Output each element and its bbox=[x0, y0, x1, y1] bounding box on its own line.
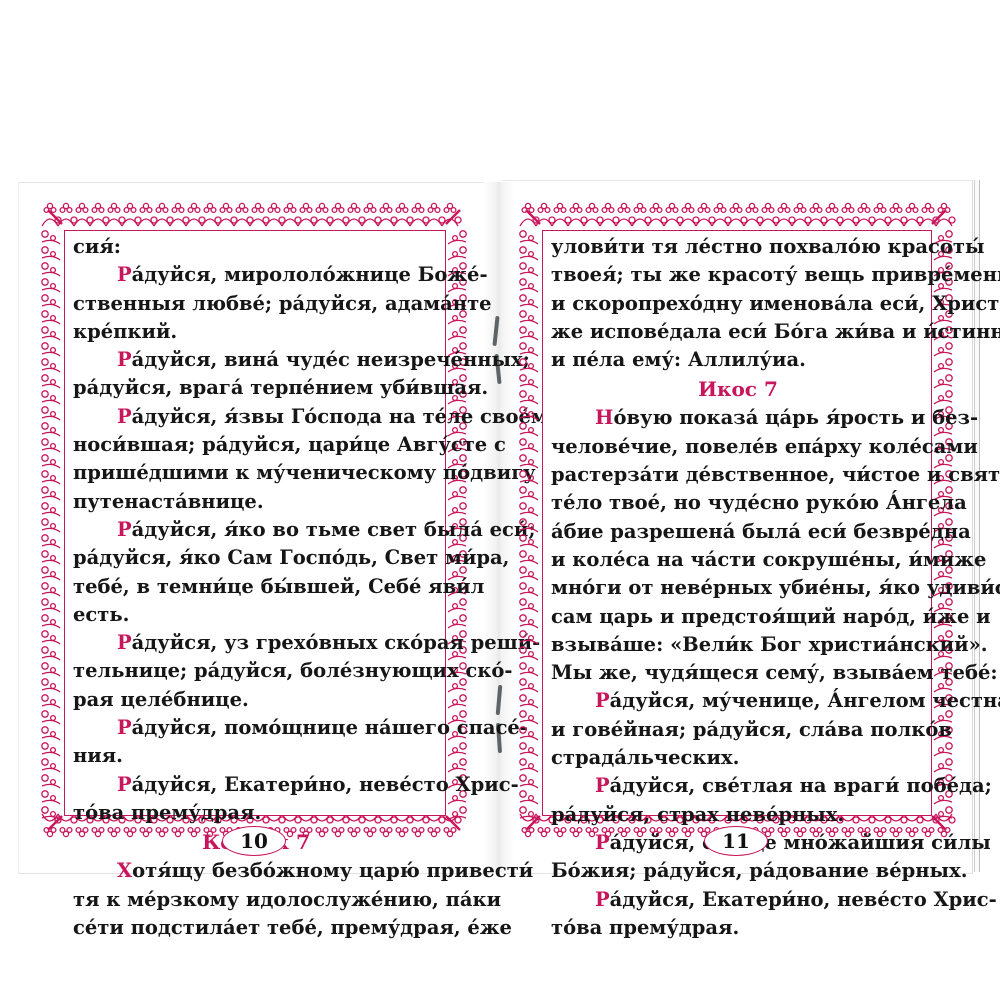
text-line: ра́дуйся, врага́ терпе́нием уби́вшая. bbox=[73, 374, 439, 402]
text-line: прише́дшими к му́ченическому по́двигу bbox=[73, 459, 439, 487]
line-text: мно́ги от неве́рных убие́ны, я́ко удиви́… bbox=[551, 576, 1000, 599]
text-line: ра́дуйся, страх неве́рных. bbox=[551, 801, 925, 829]
line-text: ственныя любве́; ра́дуйся, адама́нте bbox=[73, 292, 492, 315]
line-text: те́ло твое́, но чуде́сно руко́ю А́нгела bbox=[551, 491, 967, 514]
text-line: те́ло твое́, но чуде́сно руко́ю А́нгела bbox=[551, 489, 925, 517]
line-text: а́дуйся, му́ченице, А́нгелом честна́я bbox=[610, 689, 1000, 712]
drop-cap: Р bbox=[595, 774, 610, 797]
line-text: путенаста́внице. bbox=[73, 490, 264, 513]
drop-cap: Р bbox=[595, 831, 610, 854]
text-line: Ра́дуйся, све́тлая на враги́ побе́да; bbox=[551, 772, 925, 800]
text-line: твоея́; ты же красоту́ вещь привре́менну bbox=[551, 261, 925, 289]
text-line: мно́ги от неве́рных убие́ны, я́ко удиви́… bbox=[551, 574, 925, 602]
line-text: се́ти подстила́ет тебе́, прему́драя, е́ж… bbox=[73, 916, 512, 939]
line-text: а́дуйся, я́звы Го́спода на те́ле свое́м bbox=[132, 405, 548, 428]
line-text: о́вую показа́ ца́рь я́рость и без- bbox=[613, 406, 978, 429]
text-line: Бо́жия; ра́дуйся, ра́дование ве́рных. bbox=[551, 857, 925, 885]
drop-cap: Р bbox=[595, 689, 610, 712]
left-page-text: сия́:Ра́дуйся, мирололо́жнице Боже́-стве… bbox=[64, 230, 446, 816]
text-line: ра́дуйся, я́ко Сам Госпо́дь, Свет ми́ра, bbox=[73, 544, 439, 572]
page-number: 11 bbox=[704, 826, 768, 856]
text-line: то́ва прему́драя. bbox=[551, 914, 925, 942]
line-text: же испове́дала еси́ Бо́га жи́ва и и́стин… bbox=[551, 320, 1000, 343]
line-text: и коле́са на ча́сти сокруше́ны, и́миже bbox=[551, 548, 986, 571]
line-text: ния. bbox=[73, 744, 123, 767]
text-line: то́ва прему́драя. bbox=[73, 799, 439, 827]
line-text: улови́ти тя ле́стно похвало́ю красоты́ bbox=[551, 235, 985, 258]
text-line: кре́пкий. bbox=[73, 318, 439, 346]
right-page-frame: улови́ти тя ле́стно похвало́ю красоты́тв… bbox=[516, 200, 956, 840]
drop-cap: Р bbox=[117, 263, 132, 286]
line-text: а́дуйся, мирололо́жнице Боже́- bbox=[132, 263, 488, 286]
text-line: се́ти подстила́ет тебе́, прему́драя, е́ж… bbox=[73, 914, 439, 942]
line-text: прише́дшими к му́ченическому по́двигу bbox=[73, 461, 536, 484]
text-line: улови́ти тя ле́стно похвало́ю красоты́ bbox=[551, 233, 925, 261]
line-text: твоея́; ты же красоту́ вещь привре́менну bbox=[551, 263, 1000, 286]
drop-cap: Р bbox=[117, 716, 132, 739]
line-text: а́бие разрешена́ была́ еси́ безвре́дна bbox=[551, 520, 971, 543]
text-line: и гове́йная; ра́дуйся, сла́ва полко́в bbox=[551, 716, 925, 744]
text-line: тебе́, в темни́це бы́вшей, Себе́ яви́л bbox=[73, 573, 439, 601]
line-text: ра́дуйся, я́ко Сам Госпо́дь, Свет ми́ра, bbox=[73, 546, 509, 569]
text-line: ственныя любве́; ра́дуйся, адама́нте bbox=[73, 290, 439, 318]
text-line: взыва́ше: «Вели́к Бог христиа́нский». bbox=[551, 631, 925, 659]
drop-cap: Р bbox=[117, 518, 132, 541]
drop-cap: Х bbox=[117, 859, 132, 882]
line-text: а́дуйся, я́ко во тьме свет была́ еси́; bbox=[132, 518, 536, 541]
section-heading: Икос 7 bbox=[551, 374, 925, 404]
text-line: Ра́дуйся, Екатери́но, неве́сто Хрис- bbox=[73, 771, 439, 799]
text-line: же испове́дала еси́ Бо́га жи́ва и и́стин… bbox=[551, 318, 925, 346]
line-text: кре́пкий. bbox=[73, 320, 177, 343]
text-line: Ра́дуйся, вина́ чуде́с неизрече́нных; bbox=[73, 346, 439, 374]
line-text: страда́льческих. bbox=[551, 746, 739, 769]
line-text: тельнице; ра́дуйся, боле́знующих ско́- bbox=[73, 659, 512, 682]
line-text: а́дуйся, уз грехо́вных ско́рая реши́- bbox=[132, 631, 541, 654]
drop-cap: Р bbox=[595, 888, 610, 911]
text-line: Но́вую показа́ ца́рь я́рость и без- bbox=[551, 404, 925, 432]
text-line: путенаста́внице. bbox=[73, 488, 439, 516]
text-line: а́бие разрешена́ была́ еси́ безвре́дна bbox=[551, 518, 925, 546]
text-line: челове́чие, повеле́в епа́рху коле́сами bbox=[551, 433, 925, 461]
text-line: растерза́ти де́вственное, чи́стое и свят… bbox=[551, 461, 925, 489]
line-text: и пе́ла ему́: Аллилу́иа. bbox=[551, 348, 806, 371]
text-line: есть. bbox=[73, 601, 439, 629]
text-line: тельнице; ра́дуйся, боле́знующих ско́- bbox=[73, 657, 439, 685]
text-line: Ра́дуйся, уз грехо́вных ско́рая реши́- bbox=[73, 629, 439, 657]
line-text: и скоропрехо́дну именова́ла еси́, Христа… bbox=[551, 292, 1000, 315]
text-line: Ра́дуйся, му́ченице, А́нгелом честна́я bbox=[551, 687, 925, 715]
line-text: и гове́йная; ра́дуйся, сла́ва полко́в bbox=[551, 718, 952, 741]
line-text: а́дуйся, помо́щнице на́шего спасе́- bbox=[132, 716, 528, 739]
line-text: Мы же, чудя́щеся сему́, взыва́ем тебе́: bbox=[551, 661, 998, 684]
drop-cap: Р bbox=[117, 348, 132, 371]
line-text: Бо́жия; ра́дуйся, ра́дование ве́рных. bbox=[551, 859, 968, 882]
line-text: ра́дуйся, страх неве́рных. bbox=[551, 803, 844, 826]
text-line: рая целе́бнице. bbox=[73, 686, 439, 714]
line-text: а́дуйся, вина́ чуде́с неизрече́нных; bbox=[132, 348, 530, 371]
text-line: Ра́дуйся, мирололо́жнице Боже́- bbox=[73, 261, 439, 289]
line-text: сия́: bbox=[73, 235, 121, 258]
text-line: и коле́са на ча́сти сокруше́ны, и́миже bbox=[551, 546, 925, 574]
line-text: то́ва прему́драя. bbox=[551, 916, 739, 939]
text-line: тя к ме́рзкому идолослуже́нию, па́ки bbox=[73, 886, 439, 914]
left-page-frame: сия́:Ра́дуйся, мирололо́жнице Боже́-стве… bbox=[38, 200, 470, 840]
text-line: Ра́дуйся, я́ко во тьме свет была́ еси́; bbox=[73, 516, 439, 544]
drop-cap: Р bbox=[117, 405, 132, 428]
text-line: страда́льческих. bbox=[551, 744, 925, 772]
text-line: Мы же, чудя́щеся сему́, взыва́ем тебе́: bbox=[551, 659, 925, 687]
line-text: тебе́, в темни́це бы́вшей, Себе́ яви́л bbox=[73, 575, 484, 598]
line-text: то́ва прему́драя. bbox=[73, 801, 261, 824]
line-text: челове́чие, повеле́в епа́рху коле́сами bbox=[551, 435, 978, 458]
text-line: Ра́дуйся, Екатери́но, неве́сто Хрис- bbox=[551, 886, 925, 914]
line-text: взыва́ше: «Вели́к Бог христиа́нский». bbox=[551, 633, 988, 656]
line-text: есть. bbox=[73, 603, 129, 626]
text-line: сам царь и предстоя́щий наро́д, и́же и bbox=[551, 603, 925, 631]
line-text: а́дуйся, Екатери́но, неве́сто Хрис- bbox=[610, 888, 997, 911]
line-text: отя́щу безбо́жному царю́ привести́ bbox=[132, 859, 533, 882]
drop-cap: Р bbox=[117, 773, 132, 796]
line-text: растерза́ти де́вственное, чи́стое и свят… bbox=[551, 463, 1000, 486]
text-line: носи́вшая; ра́дуйся, цари́це Авгу́сте с bbox=[73, 431, 439, 459]
line-text: сам царь и предстоя́щий наро́д, и́же и bbox=[551, 605, 991, 628]
text-line: Ра́дуйся, помо́щнице на́шего спасе́- bbox=[73, 714, 439, 742]
text-line: сия́: bbox=[73, 233, 439, 261]
drop-cap: Р bbox=[117, 631, 132, 654]
text-line: и скоропрехо́дну именова́ла еси́, Христа… bbox=[551, 290, 925, 318]
line-text: носи́вшая; ра́дуйся, цари́це Авгу́сте с bbox=[73, 433, 506, 456]
line-text: а́дуйся, Екатери́но, неве́сто Хрис- bbox=[132, 773, 519, 796]
line-text: а́дуйся, сосу́де мно́жайшия си́лы bbox=[610, 831, 991, 854]
line-text: тя к ме́рзкому идолослуже́нию, па́ки bbox=[73, 888, 501, 911]
right-page-text: улови́ти тя ле́стно похвало́ю красоты́тв… bbox=[542, 230, 932, 816]
line-text: а́дуйся, све́тлая на враги́ побе́да; bbox=[610, 774, 992, 797]
text-line: Ра́дуйся, я́звы Го́спода на те́ле свое́м bbox=[73, 403, 439, 431]
text-line: Хотя́щу безбо́жному царю́ привести́ bbox=[73, 857, 439, 885]
drop-cap: Н bbox=[595, 406, 613, 429]
text-line: ния. bbox=[73, 742, 439, 770]
line-text: рая целе́бнице. bbox=[73, 688, 249, 711]
open-booklet: сия́:Ра́дуйся, мирололо́жнице Боже́-стве… bbox=[0, 0, 1000, 1000]
line-text: ра́дуйся, врага́ терпе́нием уби́вшая. bbox=[73, 376, 488, 399]
page-number: 10 bbox=[222, 826, 286, 856]
text-line: и пе́ла ему́: Аллилу́иа. bbox=[551, 346, 925, 374]
